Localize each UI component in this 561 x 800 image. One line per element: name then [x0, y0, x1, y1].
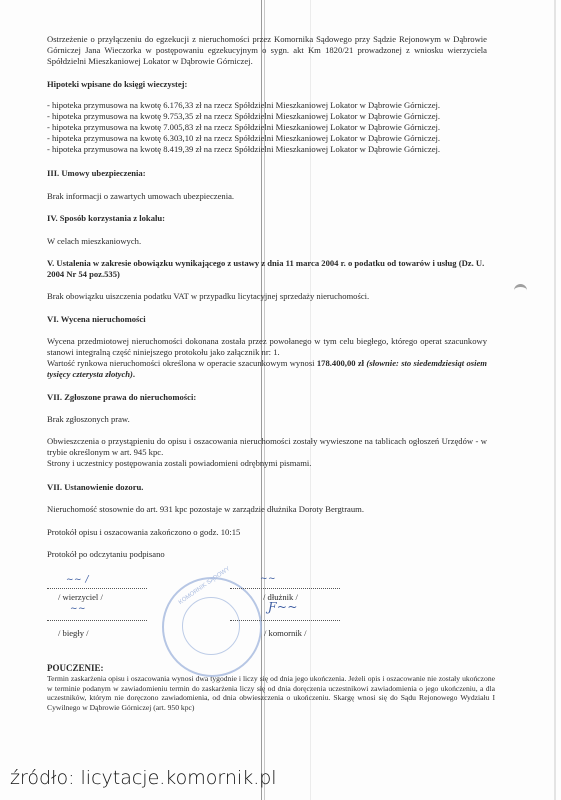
mortgage-item: - hipoteka przymusowa na kwotę 9.753,35 …: [47, 111, 487, 122]
closing-finished: Protokół opisu i oszacowania zakończono …: [47, 527, 487, 538]
valuation-prefix: Wartość rynkowa nieruchomości określona …: [47, 358, 317, 368]
closing-signed: Protokół po odczytaniu podpisano: [47, 549, 487, 560]
intro-paragraph: Ostrzeżenie o przyłączeniu do egzekucji …: [47, 34, 487, 67]
creditor-signature-line: [47, 578, 147, 589]
section5-text: Brak obowiązku uiszczenia podatku VAT w …: [47, 291, 487, 302]
creditor-label: / wierzyciel /: [58, 592, 103, 602]
mortgages-heading: Hipoteki wpisane do księgi wieczystej:: [47, 79, 487, 90]
section7-text: Brak zgłoszonych praw.: [47, 414, 487, 425]
instruction-heading: POUCZENIE:: [47, 663, 495, 674]
section7-notice: Obwieszczenia o przystąpieniu do opisu i…: [47, 436, 487, 458]
bailiff-stamp: KOMORNIK SĄDOWY: [162, 577, 262, 677]
bailiff-signature-line: [230, 610, 340, 621]
section3-heading: III. Umowy ubezpieczenia:: [47, 168, 487, 179]
instruction-text: Termin zaskarżenia opisu i oszacowania w…: [47, 674, 495, 712]
instruction-section: POUCZENIE: Termin zaskarżenia opisu i os…: [47, 663, 495, 712]
mortgage-item: - hipoteka przymusowa na kwotę 7.005,83 …: [47, 122, 487, 133]
mortgage-item: - hipoteka przymusowa na kwotę 8.419,39 …: [47, 144, 487, 155]
scanned-document-page: Ostrzeżenie o przyłączeniu do egzekucji …: [0, 0, 561, 800]
section7-heading: VII. Zgłoszone prawa do nieruchomości:: [47, 392, 487, 403]
stamp-text: KOMORNIK SĄDOWY: [178, 566, 231, 606]
section8-heading: VII. Ustanowienie dozoru.: [47, 482, 487, 493]
bailiff-label: / komornik /: [264, 628, 307, 638]
section4-heading: IV. Sposób korzystania z lokalu:: [47, 213, 487, 224]
section3-text: Brak informacji o zawartych umowach ubez…: [47, 191, 487, 202]
source-caption: źródło: licytacje.komornik.pl: [10, 767, 277, 789]
punch-hole-mark: [514, 284, 527, 295]
page-edge: [554, 0, 556, 800]
mortgage-item: - hipoteka przymusowa na kwotę 6.303,10 …: [47, 133, 487, 144]
expert-label: / biegły /: [58, 628, 89, 638]
section5-heading: V. Ustalenia w zakresie obowiązku wynika…: [47, 258, 497, 280]
section7-parties: Strony i uczestnicy postępowania zostali…: [47, 458, 487, 469]
debtor-signature-line: [230, 578, 340, 589]
section6-valuation: Wartość rynkowa nieruchomości określona …: [47, 358, 487, 380]
section6-heading: VI. Wycena nieruchomości: [47, 314, 487, 325]
mortgage-item: - hipoteka przymusowa na kwotę 6.176,33 …: [47, 100, 487, 111]
section6-text: Wycena przedmiotowej nieruchomości dokon…: [47, 336, 487, 358]
expert-signature-line: [47, 610, 147, 621]
valuation-amount: 178.400,00 zł: [317, 358, 364, 368]
mortgages-list: - hipoteka przymusowa na kwotę 6.176,33 …: [47, 100, 487, 155]
section4-text: W celach mieszkaniowych.: [47, 236, 487, 247]
valuation-suffix: .: [133, 369, 135, 379]
section8-text: Nieruchomość stosownie do art. 931 kpc p…: [47, 504, 487, 515]
